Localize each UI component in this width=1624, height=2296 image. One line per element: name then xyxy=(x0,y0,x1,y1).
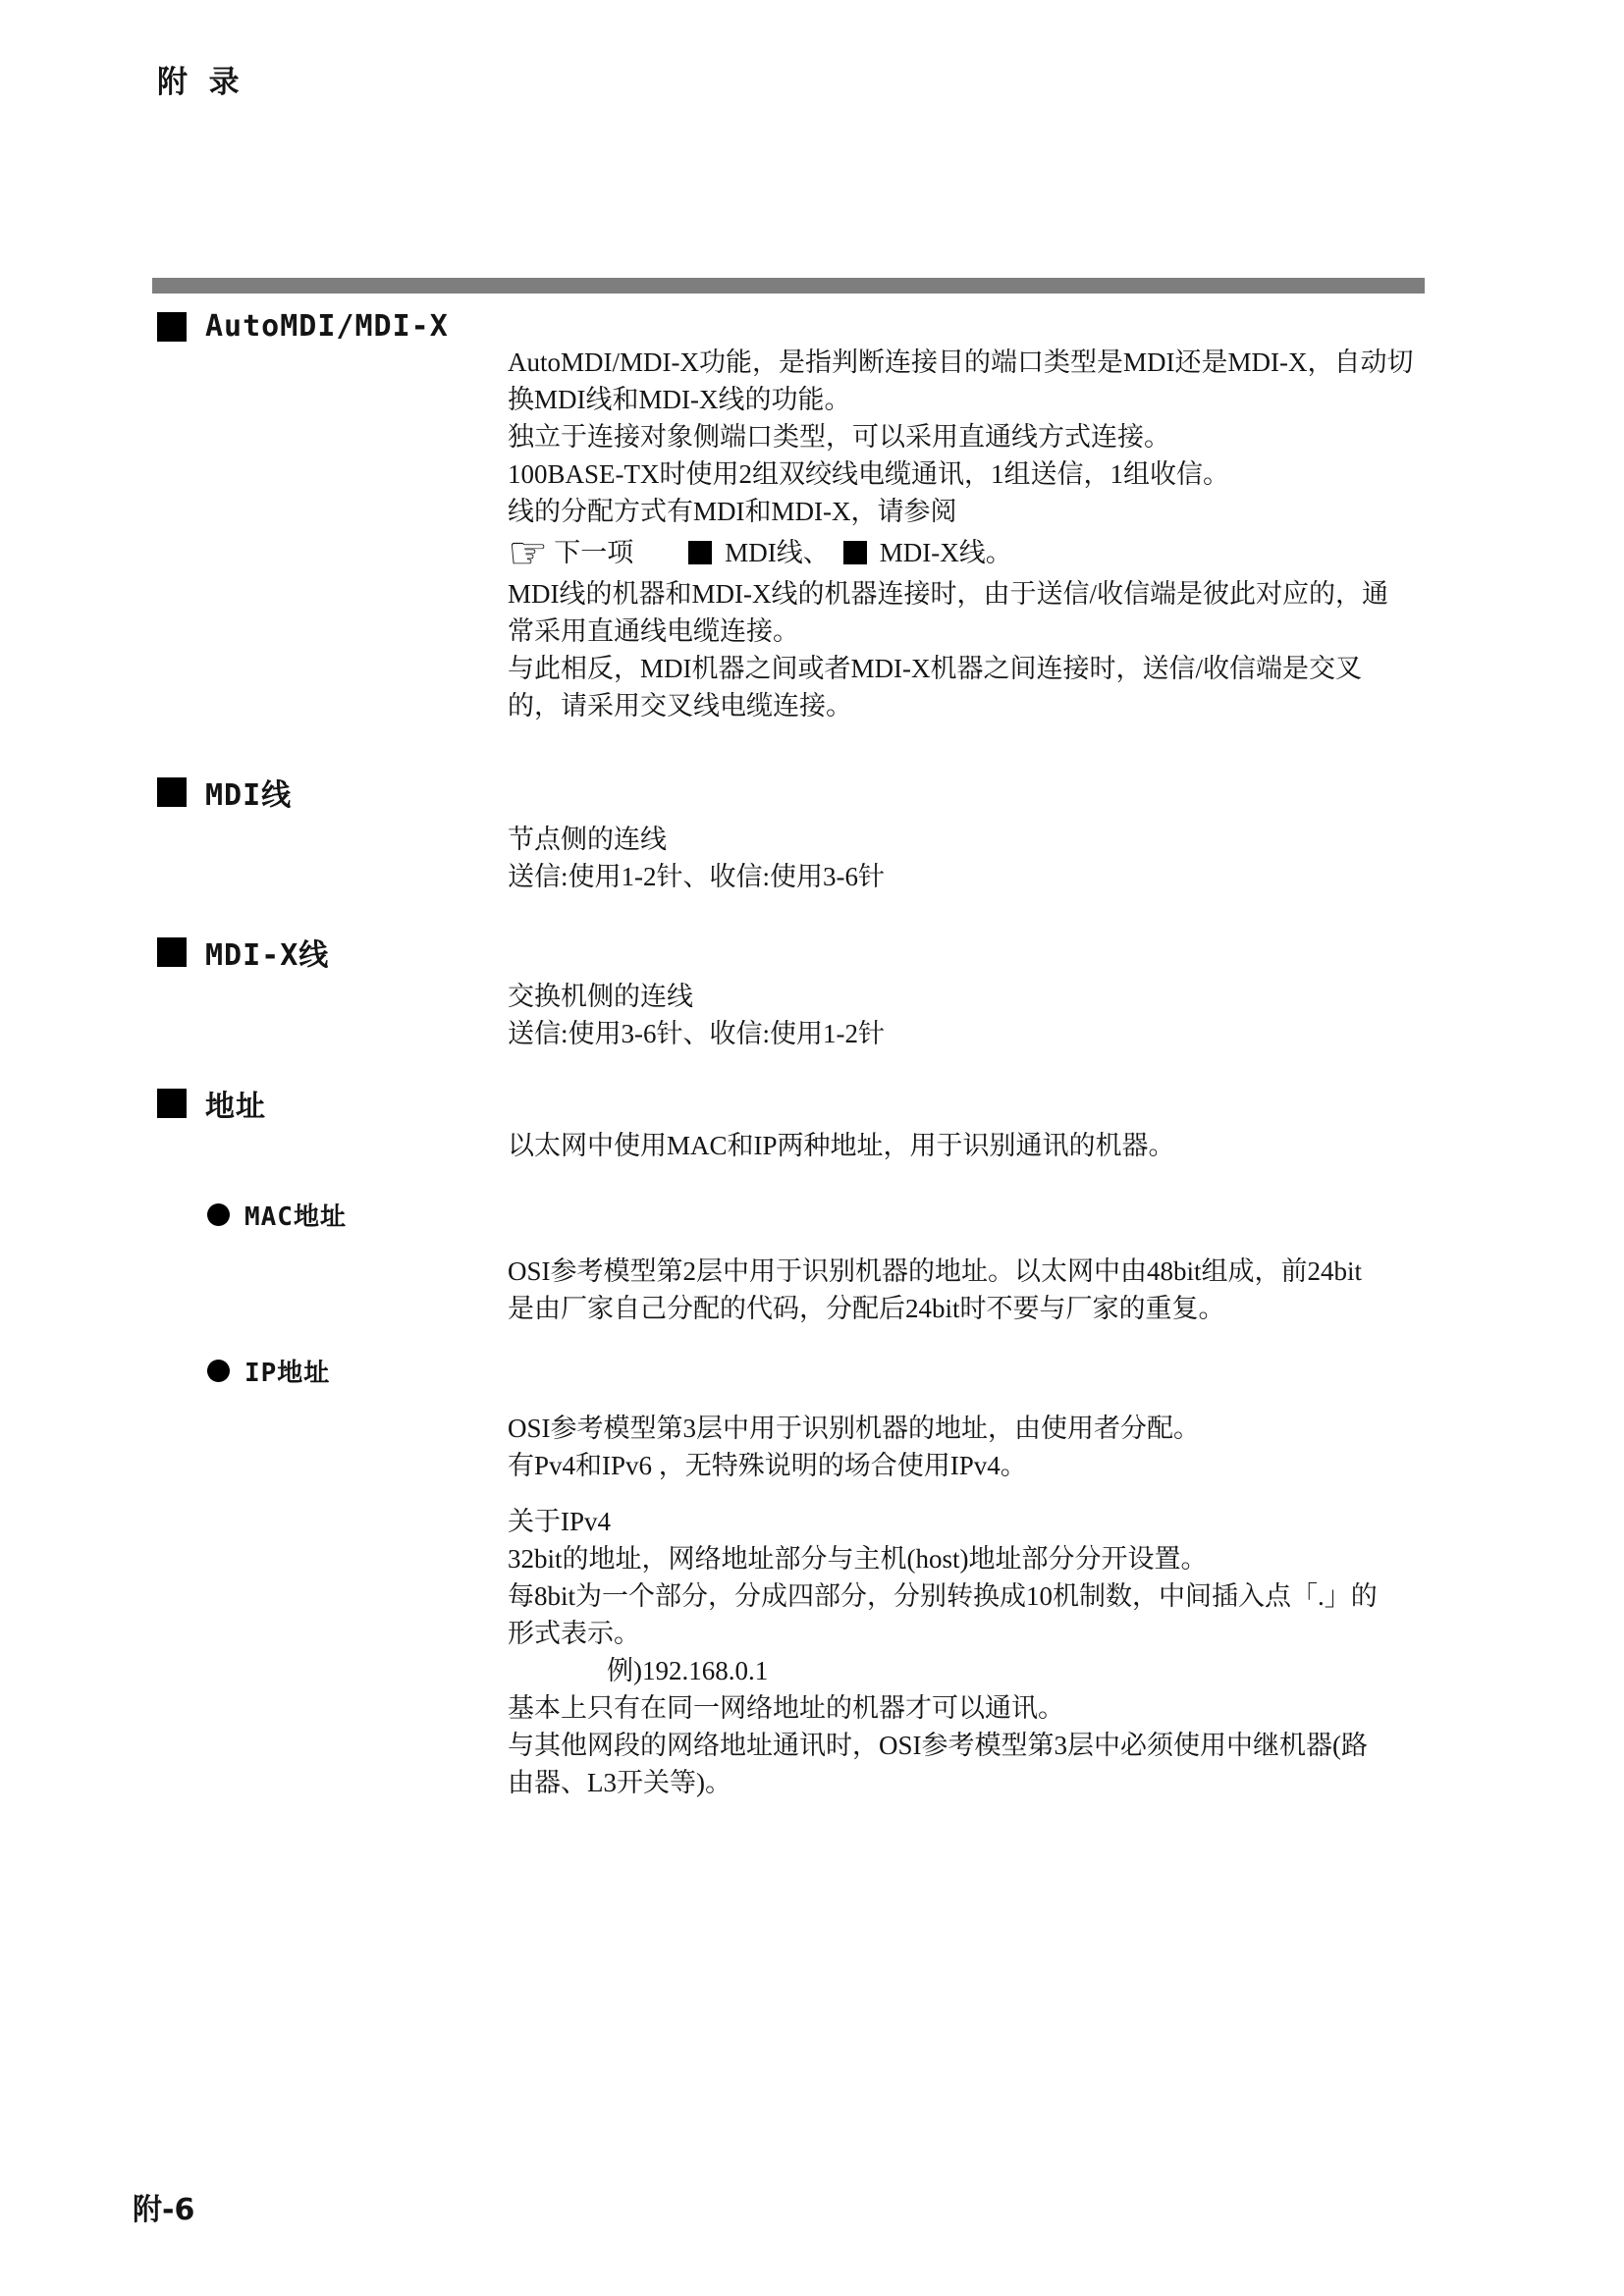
pointer-ref-mdi: MDI线、 xyxy=(725,534,830,571)
ip-example-line: 例)192.168.0.1 xyxy=(508,1652,1470,1689)
body-line: 送信:使用3-6针、收信:使用1-2针 xyxy=(508,1015,1470,1052)
body-line: 由器、L3开关等)。 xyxy=(508,1764,1470,1801)
body-line: OSI参考模型第3层中用于识别机器的地址，由使用者分配。 xyxy=(508,1410,1470,1447)
address-intro: 以太网中使用MAC和IP两种地址，用于识别通讯的机器。 xyxy=(508,1127,1470,1164)
mdix-body: 交换机侧的连线 送信:使用3-6针、收信:使用1-2针 xyxy=(508,978,1470,1052)
black-square-icon xyxy=(157,937,187,967)
body-line: OSI参考模型第2层中用于识别机器的地址。以太网中由48bit组成，前24bit xyxy=(508,1253,1470,1290)
body-line: 关于IPv4 xyxy=(508,1503,1470,1540)
body-line: 线的分配方式有MDI和MDI-X，请参阅 xyxy=(508,493,1470,530)
body-line: 以太网中使用MAC和IP两种地址，用于识别通讯的机器。 xyxy=(508,1127,1470,1164)
black-square-icon xyxy=(688,541,712,564)
body-line: MDI线的机器和MDI-X线的机器连接时，由于送信/收信端是彼此对应的，通 xyxy=(508,575,1470,613)
black-circle-icon xyxy=(207,1203,230,1226)
body-line: 是由厂家自己分配的代码，分配后24bit时不要与厂家的重复。 xyxy=(508,1290,1470,1327)
body-line: AutoMDI/MDI-X功能，是指判断连接目的端口类型是MDI还是MDI-X，… xyxy=(508,344,1470,381)
page-header: 附 录 xyxy=(157,57,240,101)
ip-body: OSI参考模型第3层中用于识别机器的地址，由使用者分配。 有Pv4和IPv6 ，… xyxy=(508,1410,1470,1484)
section-heading-mdi: MDI线 xyxy=(157,771,292,814)
automdi-body: AutoMDI/MDI-X功能，是指判断连接目的端口类型是MDI还是MDI-X，… xyxy=(508,344,1470,724)
subsection-heading-ip: IP地址 xyxy=(207,1353,330,1389)
section-heading-mdix: MDI-X线 xyxy=(157,931,329,974)
body-line: 常采用直通线电缆连接。 xyxy=(508,613,1470,650)
subsection-title: IP地址 xyxy=(244,1353,330,1389)
body-line: 交换机侧的连线 xyxy=(508,978,1470,1015)
section-title: 地址 xyxy=(205,1082,266,1125)
body-line: 32bit的地址，网络地址部分与主机(host)地址部分分开设置。 xyxy=(508,1540,1470,1577)
black-square-icon xyxy=(843,541,867,564)
section-heading-address: 地址 xyxy=(157,1082,266,1125)
body-line: 独立于连接对象侧端口类型，可以采用直通线方式连接。 xyxy=(508,418,1470,455)
black-square-icon xyxy=(157,312,187,342)
section-title: MDI线 xyxy=(205,771,292,814)
body-line: 形式表示。 xyxy=(508,1615,1470,1652)
pointing-hand-icon: ☞ xyxy=(508,530,548,575)
body-line: 换MDI线和MDI-X线的功能。 xyxy=(508,381,1470,418)
body-line: 100BASE-TX时使用2组双绞线电缆通讯，1组送信，1组收信。 xyxy=(508,455,1470,493)
body-line: 每8bit为一个部分，分成四部分，分别转换成10机制数，中间插入点「.」的 xyxy=(508,1577,1470,1615)
section-title: MDI-X线 xyxy=(205,931,329,974)
body-line: 送信:使用1-2针、收信:使用3-6针 xyxy=(508,858,1470,895)
black-square-icon xyxy=(157,777,187,807)
pointer-ref-mdix: MDI-X线。 xyxy=(880,534,1012,571)
body-line: 基本上只有在同一网络地址的机器才可以通讯。 xyxy=(508,1689,1470,1727)
pointer-label: 下一项 xyxy=(554,534,633,571)
divider-bar xyxy=(152,278,1425,294)
ipv4-body: 关于IPv4 32bit的地址，网络地址部分与主机(host)地址部分分开设置。… xyxy=(508,1503,1470,1801)
pointer-reference-line: ☞ 下一项 MDI线、 MDI-X线。 xyxy=(508,530,1470,575)
section-title: AutoMDI/MDI-X xyxy=(205,309,449,344)
black-circle-icon xyxy=(207,1360,230,1382)
body-line: 有Pv4和IPv6 ，无特殊说明的场合使用IPv4。 xyxy=(508,1447,1470,1484)
body-line: 的，请采用交叉线电缆连接。 xyxy=(508,687,1470,724)
body-line: 与此相反，MDI机器之间或者MDI-X机器之间连接时，送信/收信端是交叉 xyxy=(508,650,1470,687)
section-heading-automdi: AutoMDI/MDI-X xyxy=(157,309,449,344)
black-square-icon xyxy=(157,1089,187,1118)
subsection-title: MAC地址 xyxy=(244,1197,347,1233)
body-line: 节点侧的连线 xyxy=(508,821,1470,858)
page-number: 附-6 xyxy=(133,2185,194,2228)
document-page: 附 录 AutoMDI/MDI-X AutoMDI/MDI-X功能，是指判断连接… xyxy=(0,0,1624,2296)
mac-body: OSI参考模型第2层中用于识别机器的地址。以太网中由48bit组成，前24bit… xyxy=(508,1253,1470,1327)
mdi-body: 节点侧的连线 送信:使用1-2针、收信:使用3-6针 xyxy=(508,821,1470,895)
subsection-heading-mac: MAC地址 xyxy=(207,1197,347,1233)
body-line: 与其他网段的网络地址通讯时，OSI参考模型第3层中必须使用中继机器(路 xyxy=(508,1727,1470,1764)
